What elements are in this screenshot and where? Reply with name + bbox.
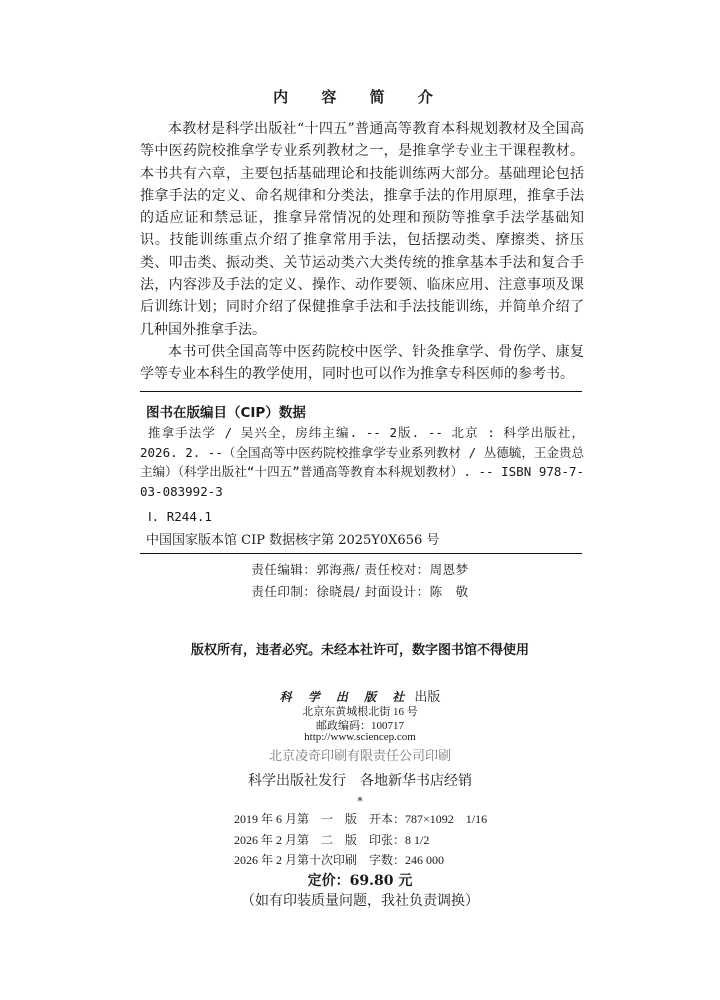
summary-paragraph-2: 本书可供全国高等中医药院校中医学、针灸推拿学、骨伤学、康复学等专业本科生的教学使… [140,341,584,386]
cip-heading: 图书在版编目（CIP）数据 [146,401,306,421]
copyright-notice: 版权所有，违者必究。未经本社许可，数字图书馆不得使用 [0,639,720,658]
publisher-url: http://www.sciencep.com [0,731,720,743]
staff-line-2: 责任印制：徐晓晨/ 封面设计：陈 敬 [0,582,720,600]
separator-star: * [0,795,720,808]
staff-line-1: 责任编辑：郭海燕/ 责任校对：周恩梦 [0,560,720,578]
edition-row-1: 2019 年 6 月第 一 版 开本：787×1092 1/16 [234,810,487,827]
distribution: 科学出版社发行 各地新华书店经销 [0,770,720,790]
summary-title: 内 容 简 介 [0,86,720,107]
cip-record: 推拿手法学 / 吴兴全，房纬主编. -- 2版. -- 北京 : 科学出版社，2… [140,423,584,501]
edition-row-3: 2026 年 2 月第十次印刷 字数：246 000 [234,851,444,868]
summary-body: 本教材是科学出版社“十四五”普通高等教育本科规划教材及全国高等中医药院校推拿学专… [140,118,584,386]
price: 定价：69.80 元 [0,870,720,890]
summary-paragraph-1: 本教材是科学出版社“十四五”普通高等教育本科规划教材及全国高等中医药院校推拿学专… [140,118,584,341]
publisher-logo-text: 科 学 出 版 社 [280,690,411,704]
cip-top-rule [140,391,582,392]
cip-classification: Ⅰ. R244.1 [148,509,212,524]
cip-record-text: 推拿手法学 / 吴兴全，房纬主编. -- 2版. -- 北京 : 科学出版社，2… [140,423,584,501]
cip-bottom-rule [140,553,582,554]
printer: 北京凌奇印刷有限责任公司印刷 [0,745,720,764]
cip-number: 中国国家版本馆 CIP 数据核字第 2025Y0X656 号 [146,529,439,548]
edition-row-2: 2026 年 2 月第 二 版 印张：8 1/2 [234,831,429,848]
quality-note: （如有印装质量问题，我社负责调换） [0,890,720,910]
